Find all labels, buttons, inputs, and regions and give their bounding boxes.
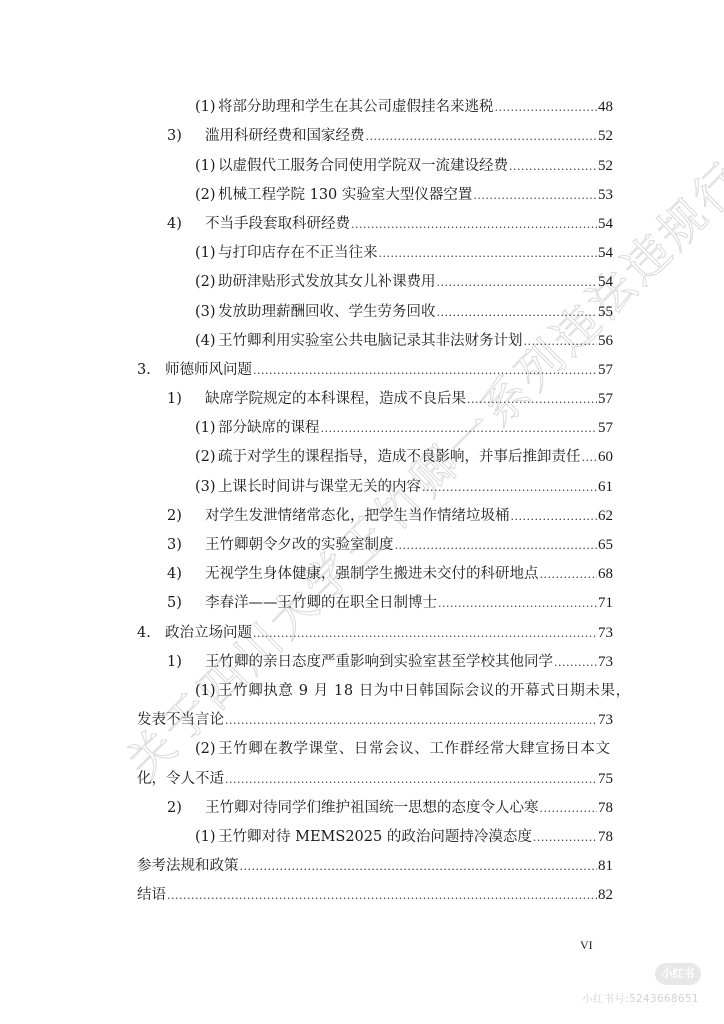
toc-entry-title: 李春洋——王竹卿的在职全日制博士 bbox=[205, 593, 437, 613]
dot-leader bbox=[554, 654, 597, 672]
toc-entry-title: 以虚假代工服务合同使用学院双一流建设经费 bbox=[218, 156, 508, 176]
dot-leader bbox=[253, 362, 597, 380]
dot-leader bbox=[351, 216, 597, 234]
toc-entry-title: 不当手段套取科研经费 bbox=[205, 214, 350, 234]
toc-entry[interactable]: (1) 王竹卿对待 MEMS2025 的政治问题持冷漠态度 78 bbox=[137, 818, 613, 847]
toc-entry[interactable]: 4) 无视学生身体健康，强制学生搬进未交付的科研地点 68 bbox=[137, 555, 613, 584]
toc-entry[interactable]: 结语 82 bbox=[137, 876, 613, 905]
toc-entry-page: 55 bbox=[598, 302, 613, 322]
dot-leader bbox=[366, 128, 598, 146]
toc-entry-page: 75 bbox=[598, 769, 613, 789]
toc-entry-number: (1) bbox=[195, 156, 218, 176]
toc-entry-number: (2) bbox=[195, 185, 218, 205]
toc-entry-number: 3) bbox=[167, 126, 205, 146]
toc-entry-title: 上课长时间讲与课堂无关的内容 bbox=[218, 477, 421, 497]
dot-leader bbox=[167, 887, 597, 905]
toc-entry[interactable]: 4) 不当手段套取科研经费 54 bbox=[137, 205, 613, 234]
toc-entry-wrapped-line2[interactable]: 化，令人不适 75 bbox=[137, 759, 613, 788]
toc-entry-number: (1) bbox=[195, 243, 218, 263]
dot-leader bbox=[438, 595, 597, 613]
dot-leader bbox=[225, 771, 597, 789]
toc-entry-number: 4) bbox=[167, 564, 205, 584]
toc-entry-title: 无视学生身体健康，强制学生搬进未交付的科研地点 bbox=[205, 564, 539, 584]
dot-leader bbox=[473, 187, 597, 205]
toc-entry[interactable]: 1) 缺席学院规定的本科课程，造成不良后果 57 bbox=[137, 380, 613, 409]
toc-entry-number: (1) bbox=[195, 97, 218, 117]
toc-entry-page: 52 bbox=[598, 126, 613, 146]
toc-entry-page: 78 bbox=[598, 827, 613, 847]
toc-entry[interactable]: 参考法规和政策 81 bbox=[137, 847, 613, 876]
toc-entry-number: (1) bbox=[195, 418, 218, 438]
dot-leader bbox=[422, 479, 597, 497]
toc-entry[interactable]: (1) 将部分助理和学生在其公司虚假挂名来逃税 48 bbox=[137, 88, 613, 117]
toc-entry-page: 61 bbox=[598, 477, 613, 497]
toc-entry[interactable]: (2) 机械工程学院 130 实验室大型仪器空置 53 bbox=[137, 176, 613, 205]
toc-entry-page: 62 bbox=[598, 506, 613, 526]
toc-entry-title-line1: 王竹卿在教学课堂、日常会议、工作群经常大肆宣扬日本文 bbox=[218, 739, 611, 759]
toc-entry[interactable]: 2) 王竹卿对待同学们维护祖国统一思想的态度令人心寒 78 bbox=[137, 789, 613, 818]
toc-entry-title: 机械工程学院 130 实验室大型仪器空置 bbox=[218, 185, 472, 205]
toc-entry[interactable]: (1) 与打印店存在不正当往来 54 bbox=[137, 234, 613, 263]
toc-entry-page: 54 bbox=[598, 214, 613, 234]
dot-leader bbox=[540, 566, 598, 584]
toc-entry[interactable]: 2) 对学生发泄情绪常态化，把学生当作情绪垃圾桶 62 bbox=[137, 497, 613, 526]
toc-entry[interactable]: (3) 上课长时间讲与课堂无关的内容 61 bbox=[137, 467, 613, 496]
toc-entry[interactable]: (2) 疏于对学生的课程指导，造成不良影响，并事后推卸责任 60 bbox=[137, 438, 613, 467]
toc-entry-title: 结语 bbox=[137, 885, 166, 905]
toc-entry-number: (3) bbox=[195, 302, 218, 322]
dot-leader bbox=[533, 829, 597, 847]
toc-entry[interactable]: 1) 王竹卿的亲日态度严重影响到实验室甚至学校其他同学 73 bbox=[137, 643, 613, 672]
toc-entry-title: 王竹卿朝令夕改的实验室制度 bbox=[205, 535, 394, 555]
toc-entry-page: 73 bbox=[598, 710, 613, 730]
toc-entry-title-line2: 化，令人不适 bbox=[137, 769, 224, 789]
toc-entry[interactable]: (2) 助研津贴形式发放其女儿补课费用 54 bbox=[137, 263, 613, 292]
toc-entry-page: 54 bbox=[598, 272, 613, 292]
dot-leader bbox=[467, 391, 597, 409]
toc-entry-title: 对学生发泄情绪常态化，把学生当作情绪垃圾桶 bbox=[205, 506, 510, 526]
toc-entry-title-line1: 王竹卿执意 9 月 18 日为中日韩国际会议的开幕式日期未果， bbox=[218, 681, 631, 701]
dot-leader bbox=[540, 800, 598, 818]
dot-leader bbox=[253, 625, 597, 643]
toc-entry-number: 1) bbox=[167, 652, 205, 672]
toc-entry-title: 疏于对学生的课程指导，造成不良影响，并事后推卸责任 bbox=[218, 447, 581, 467]
toc-entry-page: 65 bbox=[598, 535, 613, 555]
toc-entry-number: 5) bbox=[167, 593, 205, 613]
toc-entry[interactable]: (1) 以虚假代工服务合同使用学院双一流建设经费 52 bbox=[137, 146, 613, 175]
dot-leader bbox=[225, 712, 597, 730]
toc-entry-number: (3) bbox=[195, 477, 218, 497]
table-of-contents: (1) 将部分助理和学生在其公司虚假挂名来逃税 48 3) 滥用科研经费和国家经… bbox=[137, 88, 613, 905]
toc-entry-number: (2) bbox=[195, 447, 218, 467]
toc-entry-page: 56 bbox=[598, 331, 613, 351]
toc-entry-number: (4) bbox=[195, 331, 218, 351]
toc-entry-wrapped-line1[interactable]: (2) 王竹卿在教学课堂、日常会议、工作群经常大肆宣扬日本文 bbox=[137, 730, 613, 759]
toc-entry-page: 48 bbox=[598, 97, 613, 117]
toc-entry-title: 与打印店存在不正当往来 bbox=[218, 243, 378, 263]
toc-entry-page: 52 bbox=[598, 156, 613, 176]
toc-entry[interactable]: 4. 政治立场问题 73 bbox=[137, 613, 613, 642]
toc-entry-title: 王竹卿对待同学们维护祖国统一思想的态度令人心寒 bbox=[205, 798, 539, 818]
toc-entry-number: (2) bbox=[195, 739, 218, 759]
toc-entry-title: 师德师风问题 bbox=[165, 360, 252, 380]
toc-entry-title: 滥用科研经费和国家经费 bbox=[205, 126, 365, 146]
toc-entry-title: 助研津贴形式发放其女儿补课费用 bbox=[218, 272, 436, 292]
toc-entry-number: 2) bbox=[167, 506, 205, 526]
toc-entry-number: 4. bbox=[137, 623, 165, 643]
toc-entry-number: (2) bbox=[195, 272, 218, 292]
toc-entry-page: 81 bbox=[598, 856, 613, 876]
toc-entry-page: 60 bbox=[598, 447, 613, 467]
toc-entry-title: 部分缺席的课程 bbox=[218, 418, 320, 438]
toc-entry-number: 2) bbox=[167, 798, 205, 818]
toc-entry-title: 参考法规和政策 bbox=[137, 856, 239, 876]
dot-leader bbox=[240, 858, 598, 876]
toc-entry[interactable]: (4) 王竹卿利用实验室公共电脑记录其非法财务计划 56 bbox=[137, 322, 613, 351]
toc-entry-title: 政治立场问题 bbox=[165, 623, 252, 643]
toc-entry-number: 3) bbox=[167, 535, 205, 555]
page-number: VI bbox=[580, 938, 593, 953]
toc-entry-page: 54 bbox=[598, 243, 613, 263]
toc-entry[interactable]: 3) 滥用科研经费和国家经费 52 bbox=[137, 117, 613, 146]
dot-leader bbox=[437, 304, 598, 322]
dot-leader bbox=[379, 245, 598, 263]
toc-entry-page: 57 bbox=[598, 360, 613, 380]
toc-entry-wrapped-line2[interactable]: 发表不当言论 73 bbox=[137, 701, 613, 730]
document-page: 关于四川大学王竹卿一系列违法违规行为 (1) 将部分助理和学生在其公司虚假挂名来… bbox=[0, 0, 724, 1024]
toc-entry-number: 3. bbox=[137, 360, 165, 380]
toc-entry-title: 王竹卿对待 MEMS2025 的政治问题持冷漠态度 bbox=[218, 827, 532, 847]
toc-entry-page: 53 bbox=[598, 185, 613, 205]
toc-entry-page: 57 bbox=[598, 389, 613, 409]
dot-leader bbox=[395, 537, 598, 555]
toc-entry[interactable]: (3) 发放助理薪酬回收、学生劳务回收 55 bbox=[137, 292, 613, 321]
dot-leader bbox=[511, 508, 598, 526]
toc-entry-page: 68 bbox=[598, 564, 613, 584]
dot-leader bbox=[509, 158, 597, 176]
toc-entry[interactable]: 5) 李春洋——王竹卿的在职全日制博士 71 bbox=[137, 584, 613, 613]
toc-entry-page: 82 bbox=[598, 885, 613, 905]
toc-entry-title-line2: 发表不当言论 bbox=[137, 710, 224, 730]
toc-entry-number: 1) bbox=[167, 389, 205, 409]
xiaohongshu-logo-badge: 小红书 bbox=[655, 963, 701, 985]
xiaohongshu-account-id: 小红书号:5243668651 bbox=[582, 991, 699, 1006]
dot-leader bbox=[495, 99, 598, 117]
toc-entry[interactable]: (1) 部分缺席的课程 57 bbox=[137, 409, 613, 438]
toc-entry[interactable]: 3) 王竹卿朝令夕改的实验室制度 65 bbox=[137, 526, 613, 555]
toc-entry[interactable]: 3. 师德师风问题 57 bbox=[137, 351, 613, 380]
dot-leader bbox=[437, 274, 598, 292]
toc-entry-title: 王竹卿利用实验室公共电脑记录其非法财务计划 bbox=[218, 331, 523, 351]
toc-entry-page: 71 bbox=[598, 593, 613, 613]
toc-entry-title: 将部分助理和学生在其公司虚假挂名来逃税 bbox=[218, 97, 494, 117]
toc-entry-page: 78 bbox=[598, 798, 613, 818]
toc-entry-title: 王竹卿的亲日态度严重影响到实验室甚至学校其他同学 bbox=[205, 652, 553, 672]
toc-entry-page: 57 bbox=[598, 418, 613, 438]
toc-entry-number: 4) bbox=[167, 214, 205, 234]
toc-entry-title: 发放助理薪酬回收、学生劳务回收 bbox=[218, 302, 436, 322]
toc-entry-number: (1) bbox=[195, 681, 218, 701]
dot-leader bbox=[582, 449, 598, 467]
dot-leader bbox=[524, 333, 598, 351]
toc-entry-page: 73 bbox=[598, 652, 613, 672]
toc-entry-title: 缺席学院规定的本科课程，造成不良后果 bbox=[205, 389, 466, 409]
toc-entry-wrapped-line1[interactable]: (1) 王竹卿执意 9 月 18 日为中日韩国际会议的开幕式日期未果， bbox=[137, 672, 613, 701]
toc-entry-number: (1) bbox=[195, 827, 218, 847]
dot-leader bbox=[321, 420, 598, 438]
toc-entry-page: 73 bbox=[598, 623, 613, 643]
